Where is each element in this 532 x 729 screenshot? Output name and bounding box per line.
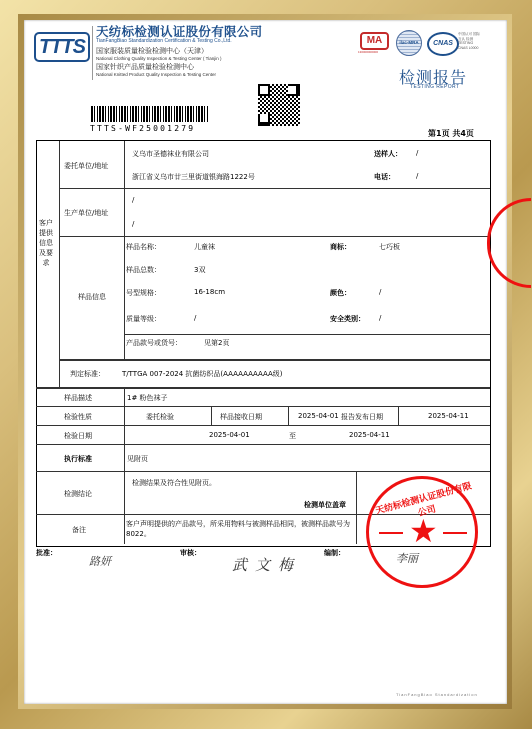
style-no-value: 见第2页 [204,338,229,348]
safety-label: 安全类别： [330,314,365,324]
approve-label: 批准： [36,548,57,558]
grid-line [211,406,212,425]
phone-label: 电话： [374,172,395,182]
customer-section-label: 客户提供信息及要求 [38,218,54,268]
brand-value: 七巧板 [379,242,400,252]
edge-seal [487,198,531,288]
sample-name-value: 儿童袜 [194,242,215,252]
receive-date-value: 2025-04-01 [298,412,339,420]
sample-name-label: 样品名称： [126,242,161,252]
grid-line [59,141,60,387]
grid-line [398,406,399,425]
sample-info-label: 样品信息 [78,292,106,302]
test-date-label: 检验日期 [64,431,92,441]
cnas-subtext: 中国认可 国际互认 检测 TESTING CNAS L0000 [458,32,482,50]
test-date-to: 2025-04-11 [349,431,390,439]
grid-line [36,406,490,407]
judgement-standard-value: T/TTGA 007-2024 抗菌纺织品(AAAAAAAAAA级) [122,369,283,379]
description-label: 样品描述 [64,393,92,403]
center1-cn: 国家服装质量检验检测中心（天津） [96,46,208,56]
style-no-label: 产品款号或货号： [126,338,182,348]
exec-standard-label: 执行标准 [64,454,92,464]
client-address: 浙江省义乌市廿三里街道银海路1222号 [132,172,255,182]
header-divider [92,26,93,80]
official-seal: ★ 天纺标检测认证股份有限公司 [366,476,478,588]
grid-line [36,425,490,426]
grade-value: / [194,314,196,322]
description-value: 1# 粉色袜子 [127,393,168,403]
nature-label: 检验性质 [64,412,92,422]
size-label: 号型规格： [126,288,161,298]
issue-date-label: 报告发布日期 [341,412,383,422]
remark-label: 备注 [72,525,86,535]
judgement-standard-label: 判定标准： [70,369,105,379]
page-info: 第1页 共4页 [428,128,474,139]
brand-label: 商标： [330,242,351,252]
company-name-en: TianFangBiao Standardization Certificati… [96,38,232,44]
receive-date-label: 样品接收日期 [220,412,262,422]
color-value: / [379,288,381,296]
producer-name: / [132,196,134,204]
issue-date-value: 2025-04-11 [428,412,469,420]
review-label: 审核： [180,548,201,558]
producer-label: 生产单位/地址 [64,208,108,218]
test-date-to-label: 至 [289,431,296,441]
sender-label: 送样人： [374,149,402,159]
cma-logo: MA [360,32,389,50]
seal-label: 检测单位盖章 [304,500,346,510]
grid-line [36,387,490,389]
safety-value: / [379,314,381,322]
grid-line [60,188,490,189]
remark-line-2: 8022。 [126,529,151,539]
center1-en: National Clothing Quality Inspection & T… [96,56,221,61]
approve-signature: 路妍 [89,553,111,569]
grid-line [36,444,490,445]
grid-line [60,236,490,237]
barcode [91,106,208,122]
sample-count-value: 3双 [194,265,205,275]
cma-number: 130000000000 [358,50,378,54]
footer-note: TianFangBiao Standardization [396,692,478,697]
client-name: 义乌市圣德袜业有限公司 [132,149,209,159]
conclusion-value: 检测结果及符合性见附页。 [132,478,216,488]
report-title-en: TESTING REPORT [410,84,459,90]
remark-line-1: 客户声明提供的产品款号，所采用物料与被测样品相同，被测样品款号为 [126,519,350,529]
producer-address: / [132,220,134,228]
nature-value: 委托检验 [146,412,174,422]
report-number: TTTS-WF25001279 [90,124,195,133]
grid-line [60,359,490,361]
test-date-from: 2025-04-01 [209,431,250,439]
center2-en: National Knitted Product Quality Inspect… [96,72,216,77]
ilac-mra-logo: ilac-MRA [396,30,422,56]
qr-code[interactable] [258,84,300,126]
ttts-logo: TTTS [34,32,90,62]
grid-line [356,471,357,544]
review-signature: 武文梅 [232,554,301,575]
client-label: 委托单位/地址 [64,161,108,171]
grid-line [288,406,289,425]
grade-label: 质量等级： [126,314,161,324]
grid-line [124,334,490,335]
grid-line [124,141,125,359]
phone-value: / [416,172,418,180]
compile-label: 编制： [324,548,345,558]
grid-line [124,387,125,544]
exec-standard-value: 见附页 [127,454,148,464]
conclusion-label: 检测结论 [64,489,92,499]
sender-value: / [416,149,418,157]
report-page: TTTS 天纺标检测认证股份有限公司 TianFangBiao Standard… [24,20,507,704]
cnas-logo: CNAS [427,32,459,56]
size-value: 16-18cm [194,288,225,296]
grid-line [36,471,490,472]
sample-count-label: 样品总数： [126,265,161,275]
color-label: 颜色： [330,288,351,298]
center2-cn: 国家针织产品质量检验检测中心 [96,62,194,72]
